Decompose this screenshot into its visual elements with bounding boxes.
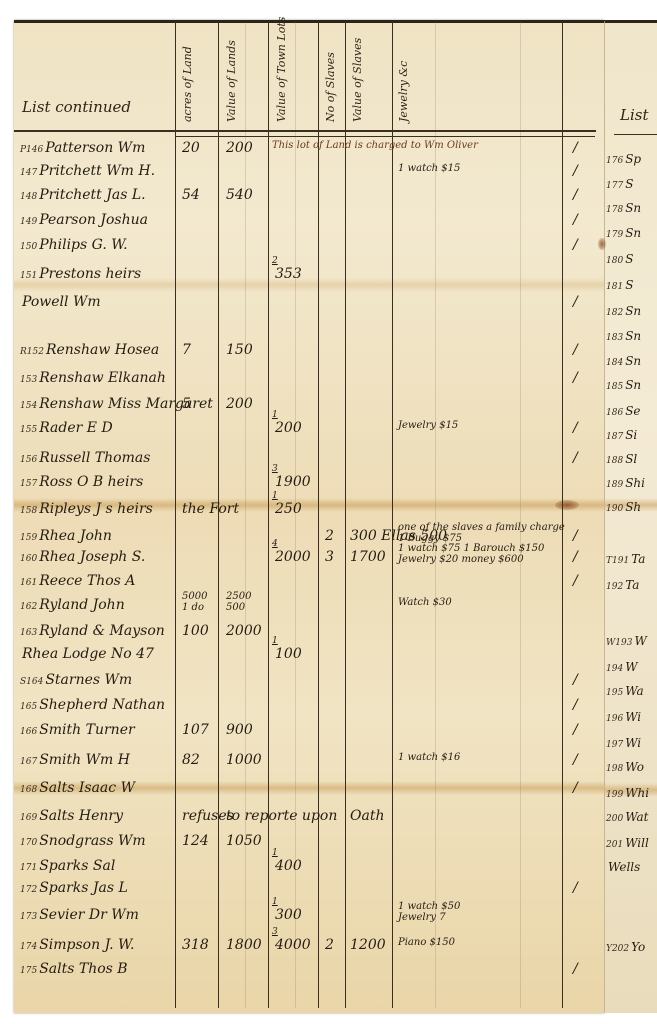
entry-name: 169Salts Henry bbox=[20, 808, 123, 824]
entry-number: P146 bbox=[20, 145, 43, 155]
check-mark: / bbox=[573, 450, 578, 466]
entry-number: 175 bbox=[20, 966, 37, 976]
entry-number: 169 bbox=[20, 813, 37, 823]
entry-number: Y202 bbox=[606, 944, 629, 954]
check-mark: / bbox=[573, 880, 578, 896]
entry-number: 184 bbox=[606, 358, 623, 368]
table-row: 157Ross O B heirs19003 bbox=[0, 474, 600, 500]
column-header-jewelry: Jewelry &c bbox=[398, 32, 410, 122]
entry-name-text: Se bbox=[625, 404, 640, 418]
entry-name-text: Rhea Lodge No 47 bbox=[22, 646, 154, 662]
check-mark: / bbox=[573, 961, 578, 977]
entry-number: 182 bbox=[606, 308, 623, 318]
right-page-entry: 199Whi bbox=[606, 786, 649, 800]
column-header-acres: acres of Land bbox=[182, 32, 194, 122]
column-header-slaves-no: No of Slaves bbox=[325, 32, 337, 122]
entry-number: 159 bbox=[20, 533, 37, 543]
lot-count: 1 bbox=[272, 897, 278, 907]
entry-name-text: Salts Isaac W bbox=[39, 780, 135, 796]
cell-acres: 54 bbox=[182, 187, 200, 203]
entry-name: R152Renshaw Hosea bbox=[20, 342, 159, 358]
cell-jewelry: one of the slaves a family charge1 Buggy… bbox=[398, 522, 565, 544]
cell-lot-value: 4000 bbox=[275, 937, 311, 953]
right-page-entry: T191Ta bbox=[606, 552, 645, 566]
entry-name: 153Renshaw Elkanah bbox=[20, 370, 166, 386]
entry-name-text: S bbox=[625, 177, 633, 191]
right-page-entry: 179Sn bbox=[606, 226, 641, 240]
entry-number: 148 bbox=[20, 192, 37, 202]
entry-name-text: Sevier Dr Wm bbox=[39, 907, 139, 923]
entry-name-text: Wa bbox=[625, 684, 643, 698]
entry-number: 166 bbox=[20, 727, 37, 737]
table-row: 169Salts Henryrefusesto reporte uponOath bbox=[0, 808, 600, 834]
check-mark: / bbox=[573, 780, 578, 796]
right-page-entry: 183Sn bbox=[606, 329, 641, 343]
cell-lot-value: 353 bbox=[275, 266, 302, 282]
cell-jewelry: Piano $150 bbox=[398, 937, 455, 948]
table-row: 155Rader E D200Jewelry $151/ bbox=[0, 420, 600, 446]
table-row: R152Renshaw Hosea7150/ bbox=[0, 342, 600, 368]
entry-number: R152 bbox=[20, 347, 44, 357]
header-rule bbox=[175, 136, 595, 137]
cell-jewelry: 1 watch $50Jewelry 7 bbox=[398, 901, 460, 923]
entry-number: 168 bbox=[20, 785, 37, 795]
cell-acres: 318 bbox=[182, 937, 209, 953]
cell-lot-value: 1900 bbox=[275, 474, 311, 490]
check-mark: / bbox=[573, 528, 578, 544]
cell-land-value: 1000 bbox=[226, 752, 262, 768]
entry-name: 149Pearson Joshua bbox=[20, 212, 148, 228]
entry-name: Rhea Lodge No 47 bbox=[20, 646, 154, 662]
entry-name-text: Pritchett Wm H. bbox=[39, 163, 155, 179]
cell-land-value: 2000 bbox=[226, 623, 262, 639]
entry-number: W193 bbox=[606, 638, 632, 648]
lot-count: 1 bbox=[272, 410, 278, 420]
check-mark: / bbox=[573, 187, 578, 203]
entry-name: 161Reece Thos A bbox=[20, 573, 135, 589]
right-page-entry: 197Wi bbox=[606, 736, 641, 750]
table-row: 148Pritchett Jas L.54540/ bbox=[0, 187, 600, 213]
entry-name-text: W bbox=[634, 634, 646, 648]
entry-number: 172 bbox=[20, 885, 37, 895]
entry-number: 154 bbox=[20, 401, 37, 411]
cell-land-value: 900 bbox=[226, 722, 253, 738]
entry-name-text: Pearson Joshua bbox=[39, 212, 148, 228]
entry-number: 198 bbox=[606, 764, 623, 774]
entry-number: 192 bbox=[606, 582, 623, 592]
entry-number: 161 bbox=[20, 578, 37, 588]
entry-name-text: Ripleys J s heirs bbox=[39, 501, 153, 517]
entry-number: 176 bbox=[606, 156, 623, 166]
table-row: 173Sevier Dr Wm3001 watch $50Jewelry 71 bbox=[0, 907, 600, 933]
check-mark: / bbox=[573, 697, 578, 713]
entry-number: 187 bbox=[606, 432, 623, 442]
table-row: 174Simpson J. W.3181800400021200Piano $1… bbox=[0, 937, 600, 963]
entry-number: 171 bbox=[20, 863, 37, 873]
entry-number: 173 bbox=[20, 912, 37, 922]
cell-lot-value: 200 bbox=[275, 420, 302, 436]
entry-name-text: Shepherd Nathan bbox=[39, 697, 165, 713]
entry-name: 163Ryland & Mayson bbox=[20, 623, 165, 639]
entry-name: 175Salts Thos B bbox=[20, 961, 128, 977]
entry-name: 150Philips G. W. bbox=[20, 237, 128, 253]
entry-name-text: Ross O B heirs bbox=[39, 474, 143, 490]
entry-name: 168Salts Isaac W bbox=[20, 780, 135, 796]
cell-land-value: 150 bbox=[226, 342, 253, 358]
cell-land-value: 1800 bbox=[226, 937, 262, 953]
entry-name-text: Sn bbox=[625, 354, 641, 368]
check-mark: / bbox=[573, 140, 578, 156]
entry-name-text: Pritchett Jas L. bbox=[39, 187, 145, 203]
entry-number: 195 bbox=[606, 688, 623, 698]
entry-number: 153 bbox=[20, 375, 37, 385]
cell-lot-value: 300 bbox=[275, 907, 302, 923]
entry-number: 181 bbox=[606, 282, 623, 292]
cell-land-value: 2500500 bbox=[226, 591, 251, 613]
entry-name-text: Philips G. W. bbox=[39, 237, 127, 253]
right-page-entry: 192Ta bbox=[606, 578, 639, 592]
entry-number: 150 bbox=[20, 242, 37, 252]
entry-name: 148Pritchett Jas L. bbox=[20, 187, 146, 203]
check-mark: / bbox=[573, 294, 578, 310]
entry-name-text: Sparks Sal bbox=[39, 858, 115, 874]
right-page-entry: 185Sn bbox=[606, 378, 641, 392]
entry-name-text: Prestons heirs bbox=[39, 266, 141, 282]
check-mark: / bbox=[573, 420, 578, 436]
entry-name: 147Pritchett Wm H. bbox=[20, 163, 155, 179]
entry-name-text: Sp bbox=[625, 152, 641, 166]
cell-lot-value: 400 bbox=[275, 858, 302, 874]
entry-number: 200 bbox=[606, 814, 623, 824]
entry-number: 158 bbox=[20, 506, 37, 516]
entry-number: S164 bbox=[20, 677, 43, 687]
lot-count: 1 bbox=[272, 491, 278, 501]
entry-name-text: Patterson Wm bbox=[45, 140, 145, 156]
entry-name-text: Smith Wm H bbox=[39, 752, 130, 768]
cell-acres: 100 bbox=[182, 623, 209, 639]
entry-number: 149 bbox=[20, 217, 37, 227]
right-page-entry: 189Shi bbox=[606, 476, 645, 490]
entry-number: 197 bbox=[606, 740, 623, 750]
entry-number: 165 bbox=[20, 702, 37, 712]
entry-number: 155 bbox=[20, 425, 37, 435]
table-row: 150Philips G. W./ bbox=[0, 237, 600, 263]
entry-name-text: Sn bbox=[625, 226, 641, 240]
table-row: 147Pritchett Wm H.1 watch $15/ bbox=[0, 163, 600, 189]
entry-name-text: Rhea Joseph S. bbox=[39, 549, 145, 565]
cell-land-value: 540 bbox=[226, 187, 253, 203]
entry-name-text: Whi bbox=[625, 786, 649, 800]
entry-number: 163 bbox=[20, 628, 37, 638]
entry-number: 147 bbox=[20, 168, 37, 178]
table-row: 161Reece Thos A/ bbox=[0, 573, 600, 599]
entry-name-text: Rader E D bbox=[39, 420, 113, 436]
cell-acres: 7 bbox=[182, 342, 191, 358]
entry-name: Powell Wm bbox=[20, 294, 101, 310]
lot-count: 2 bbox=[272, 256, 278, 266]
entry-name-text: S bbox=[625, 278, 633, 292]
right-page-entry: W193W bbox=[606, 634, 647, 648]
check-mark: / bbox=[573, 573, 578, 589]
entry-name: 157Ross O B heirs bbox=[20, 474, 143, 490]
entry-name: 156Russell Thomas bbox=[20, 450, 150, 466]
cell-slaves-no: 2 bbox=[325, 528, 334, 544]
table-row: 170Snodgrass Wm1241050 bbox=[0, 833, 600, 859]
cell-acres: 124 bbox=[182, 833, 209, 849]
table-row: 166Smith Turner107900/ bbox=[0, 722, 600, 748]
cell-jewelry: 1 watch $15 bbox=[398, 163, 460, 174]
table-row: 165Shepherd Nathan/ bbox=[0, 697, 600, 723]
lot-count: 1 bbox=[272, 848, 278, 858]
check-mark: / bbox=[573, 237, 578, 253]
entry-number: 178 bbox=[606, 205, 623, 215]
entry-name: 158Ripleys J s heirs bbox=[20, 501, 153, 517]
check-mark: / bbox=[573, 370, 578, 386]
entry-name-text: Salts Henry bbox=[39, 808, 123, 824]
cell-land-value: 200 bbox=[226, 140, 253, 156]
entry-name-text: Shi bbox=[625, 476, 645, 490]
column-header-lot-value: Value of Town Lots bbox=[276, 27, 288, 122]
entry-name: 171Sparks Sal bbox=[20, 858, 115, 874]
entry-number: 189 bbox=[606, 480, 623, 490]
entry-name-text: Sn bbox=[625, 329, 641, 343]
entry-name: 160Rhea Joseph S. bbox=[20, 549, 145, 565]
entry-name-text: Sn bbox=[625, 201, 641, 215]
entry-name: 170Snodgrass Wm bbox=[20, 833, 146, 849]
table-row: 154Renshaw Miss Margaret5200 bbox=[0, 396, 600, 422]
entry-number: 190 bbox=[606, 504, 623, 514]
entry-name-text: S bbox=[625, 252, 633, 266]
entry-name-text: Powell Wm bbox=[22, 294, 101, 310]
entry-name-text: Sh bbox=[625, 500, 641, 514]
entry-number: 194 bbox=[606, 664, 623, 674]
entry-name-text: Salts Thos B bbox=[39, 961, 127, 977]
entry-name-text: Ryland & Mayson bbox=[39, 623, 165, 639]
right-page-entry: Wells bbox=[606, 860, 640, 874]
entry-number: 196 bbox=[606, 714, 623, 724]
header-rule bbox=[614, 134, 657, 135]
table-row: Powell Wm/ bbox=[0, 294, 600, 320]
entry-name: 155Rader E D bbox=[20, 420, 113, 436]
entry-name-text: Yo bbox=[631, 940, 645, 954]
table-row: Rhea Lodge No 471001 bbox=[0, 646, 600, 672]
cell-acres: 5 bbox=[182, 396, 191, 412]
entry-name: 167Smith Wm H bbox=[20, 752, 130, 768]
entry-name-text: Sl bbox=[625, 452, 637, 466]
right-page-entry: 186Se bbox=[606, 404, 641, 418]
entry-name: 159Rhea John bbox=[20, 528, 112, 544]
entry-number: 174 bbox=[20, 942, 37, 952]
cell-acres: the Fort bbox=[182, 501, 239, 517]
entry-name-text: Will bbox=[625, 836, 649, 850]
right-page-entry: 188Sl bbox=[606, 452, 637, 466]
table-row: 160Rhea Joseph S.2000317001 watch $75 1 … bbox=[0, 549, 600, 575]
check-mark: / bbox=[573, 752, 578, 768]
entry-name: 166Smith Turner bbox=[20, 722, 135, 738]
right-page-title: List bbox=[620, 106, 648, 124]
table-row: 162Ryland John50001 do2500500Watch $30 bbox=[0, 597, 600, 623]
right-page-entry: 177S bbox=[606, 177, 633, 191]
entry-name-text: Sparks Jas L bbox=[39, 880, 128, 896]
entry-number: 167 bbox=[20, 757, 37, 767]
table-row: 175Salts Thos B/ bbox=[0, 961, 600, 987]
entry-name-text: Wo bbox=[625, 760, 644, 774]
cell-acres: 20 bbox=[182, 140, 200, 156]
entry-number: 151 bbox=[20, 271, 37, 281]
right-page-entry: 196Wi bbox=[606, 710, 641, 724]
entry-name-text: Si bbox=[625, 428, 637, 442]
entry-name-text: Rhea John bbox=[39, 528, 112, 544]
list-title: List continued bbox=[22, 98, 131, 116]
entry-name: 172Sparks Jas L bbox=[20, 880, 128, 896]
entry-name-text: Renshaw Elkanah bbox=[39, 370, 166, 386]
cell-lot-value: 250 bbox=[275, 501, 302, 517]
entry-number: 201 bbox=[606, 840, 623, 850]
cell-land-value: to reporte upon bbox=[226, 808, 337, 824]
entry-name-text: Wi bbox=[625, 736, 641, 750]
entry-name-text: Wells bbox=[608, 860, 640, 874]
entry-name-text: Sn bbox=[625, 378, 641, 392]
entry-name-text: Snodgrass Wm bbox=[39, 833, 145, 849]
cell-slaves-value: 1200 bbox=[350, 937, 386, 953]
entry-number: 185 bbox=[606, 382, 623, 392]
entry-number: 188 bbox=[606, 456, 623, 466]
right-page-entry: 190Sh bbox=[606, 500, 641, 514]
row-note: This lot of Land is charged to Wm Oliver bbox=[272, 140, 478, 151]
entry-name: 151Prestons heirs bbox=[20, 266, 141, 282]
cell-jewelry: 1 watch $16 bbox=[398, 752, 460, 763]
check-mark: / bbox=[573, 672, 578, 688]
table-row: 151Prestons heirs3532 bbox=[0, 266, 600, 292]
entry-name-text: Ta bbox=[631, 552, 645, 566]
table-row: 149Pearson Joshua/ bbox=[0, 212, 600, 238]
header-rule bbox=[14, 130, 596, 132]
right-page-entry: 187Si bbox=[606, 428, 637, 442]
right-page-entry: 184Sn bbox=[606, 354, 641, 368]
table-row: 153Renshaw Elkanah/ bbox=[0, 370, 600, 396]
entry-number: 170 bbox=[20, 838, 37, 848]
entry-name: S164Starnes Wm bbox=[20, 672, 132, 688]
entry-number: T191 bbox=[606, 556, 629, 566]
right-page-entry: 194W bbox=[606, 660, 638, 674]
entry-name-text: Ryland John bbox=[39, 597, 125, 613]
lot-count: 1 bbox=[272, 636, 278, 646]
entry-name-text: Renshaw Hosea bbox=[46, 342, 159, 358]
lot-count: 4 bbox=[272, 539, 278, 549]
entry-name-text: Simpson J. W. bbox=[39, 937, 134, 953]
entry-number: 179 bbox=[606, 230, 623, 240]
cell-jewelry: Jewelry $15 bbox=[398, 420, 458, 431]
cell-slaves-value: 1700 bbox=[350, 549, 386, 565]
entry-name: P146Patterson Wm bbox=[20, 140, 145, 156]
table-row: 156Russell Thomas/ bbox=[0, 450, 600, 476]
entry-name-text: Ta bbox=[625, 578, 639, 592]
column-header-land-value: Value of Lands bbox=[226, 32, 238, 122]
right-page-entry: 176Sp bbox=[606, 152, 641, 166]
check-mark: / bbox=[573, 722, 578, 738]
cell-jewelry: 1 watch $75 1 Barouch $150Jewelry $20 mo… bbox=[398, 543, 544, 565]
entry-number: 157 bbox=[20, 479, 37, 489]
entry-number: 186 bbox=[606, 408, 623, 418]
cell-lot-value: 100 bbox=[275, 646, 302, 662]
entry-number: 183 bbox=[606, 333, 623, 343]
table-row: 168Salts Isaac W/ bbox=[0, 780, 600, 806]
cell-slaves-no: 3 bbox=[325, 549, 334, 565]
right-page-entry: 180S bbox=[606, 252, 633, 266]
table-row: S164Starnes Wm/ bbox=[0, 672, 600, 698]
right-page-entry: 200Wat bbox=[606, 810, 648, 824]
entry-name-text: Reece Thos A bbox=[39, 573, 135, 589]
right-page-entry: 178Sn bbox=[606, 201, 641, 215]
entry-name-text: W bbox=[625, 660, 637, 674]
cell-land-value: 200 bbox=[226, 396, 253, 412]
right-page-entry: 182Sn bbox=[606, 304, 641, 318]
entry-number: 199 bbox=[606, 790, 623, 800]
entry-number: 162 bbox=[20, 602, 37, 612]
cell-slaves-no: 2 bbox=[325, 937, 334, 953]
entry-number: 180 bbox=[606, 256, 623, 266]
cell-jewelry: Watch $30 bbox=[398, 597, 452, 608]
entry-name-text: Russell Thomas bbox=[39, 450, 150, 466]
cell-acres: 107 bbox=[182, 722, 209, 738]
lot-count: 3 bbox=[272, 464, 278, 474]
right-page-entry: Y202Yo bbox=[606, 940, 645, 954]
entry-name-text: Smith Turner bbox=[39, 722, 134, 738]
check-mark: / bbox=[573, 212, 578, 228]
table-row: 167Smith Wm H8210001 watch $16/ bbox=[0, 752, 600, 778]
entry-name-text: Sn bbox=[625, 304, 641, 318]
entry-name-text: Wat bbox=[625, 810, 648, 824]
right-page-entry: 195Wa bbox=[606, 684, 644, 698]
right-page-entry: 201Will bbox=[606, 836, 649, 850]
lot-count: 3 bbox=[272, 927, 278, 937]
check-mark: / bbox=[573, 342, 578, 358]
table-row: 172Sparks Jas L/ bbox=[0, 880, 600, 906]
cell-acres: 82 bbox=[182, 752, 200, 768]
cell-lot-value: 2000 bbox=[275, 549, 311, 565]
right-page-entry: 198Wo bbox=[606, 760, 644, 774]
cell-acres: 50001 do bbox=[182, 591, 207, 613]
right-page-entry: 181S bbox=[606, 278, 633, 292]
entry-number: 160 bbox=[20, 554, 37, 564]
entry-name-text: Starnes Wm bbox=[45, 672, 132, 688]
column-header-slaves-value: Value of Slaves bbox=[352, 32, 364, 122]
entry-name-text: Wi bbox=[625, 710, 641, 724]
cell-slaves-value: Oath bbox=[350, 808, 384, 824]
entry-name: 173Sevier Dr Wm bbox=[20, 907, 139, 923]
check-mark: / bbox=[573, 163, 578, 179]
check-mark: / bbox=[573, 549, 578, 565]
entry-name: 162Ryland John bbox=[20, 597, 125, 613]
entry-number: 156 bbox=[20, 455, 37, 465]
cell-land-value: 1050 bbox=[226, 833, 262, 849]
entry-name: 165Shepherd Nathan bbox=[20, 697, 165, 713]
entry-name: 174Simpson J. W. bbox=[20, 937, 134, 953]
entry-number: 177 bbox=[606, 181, 623, 191]
